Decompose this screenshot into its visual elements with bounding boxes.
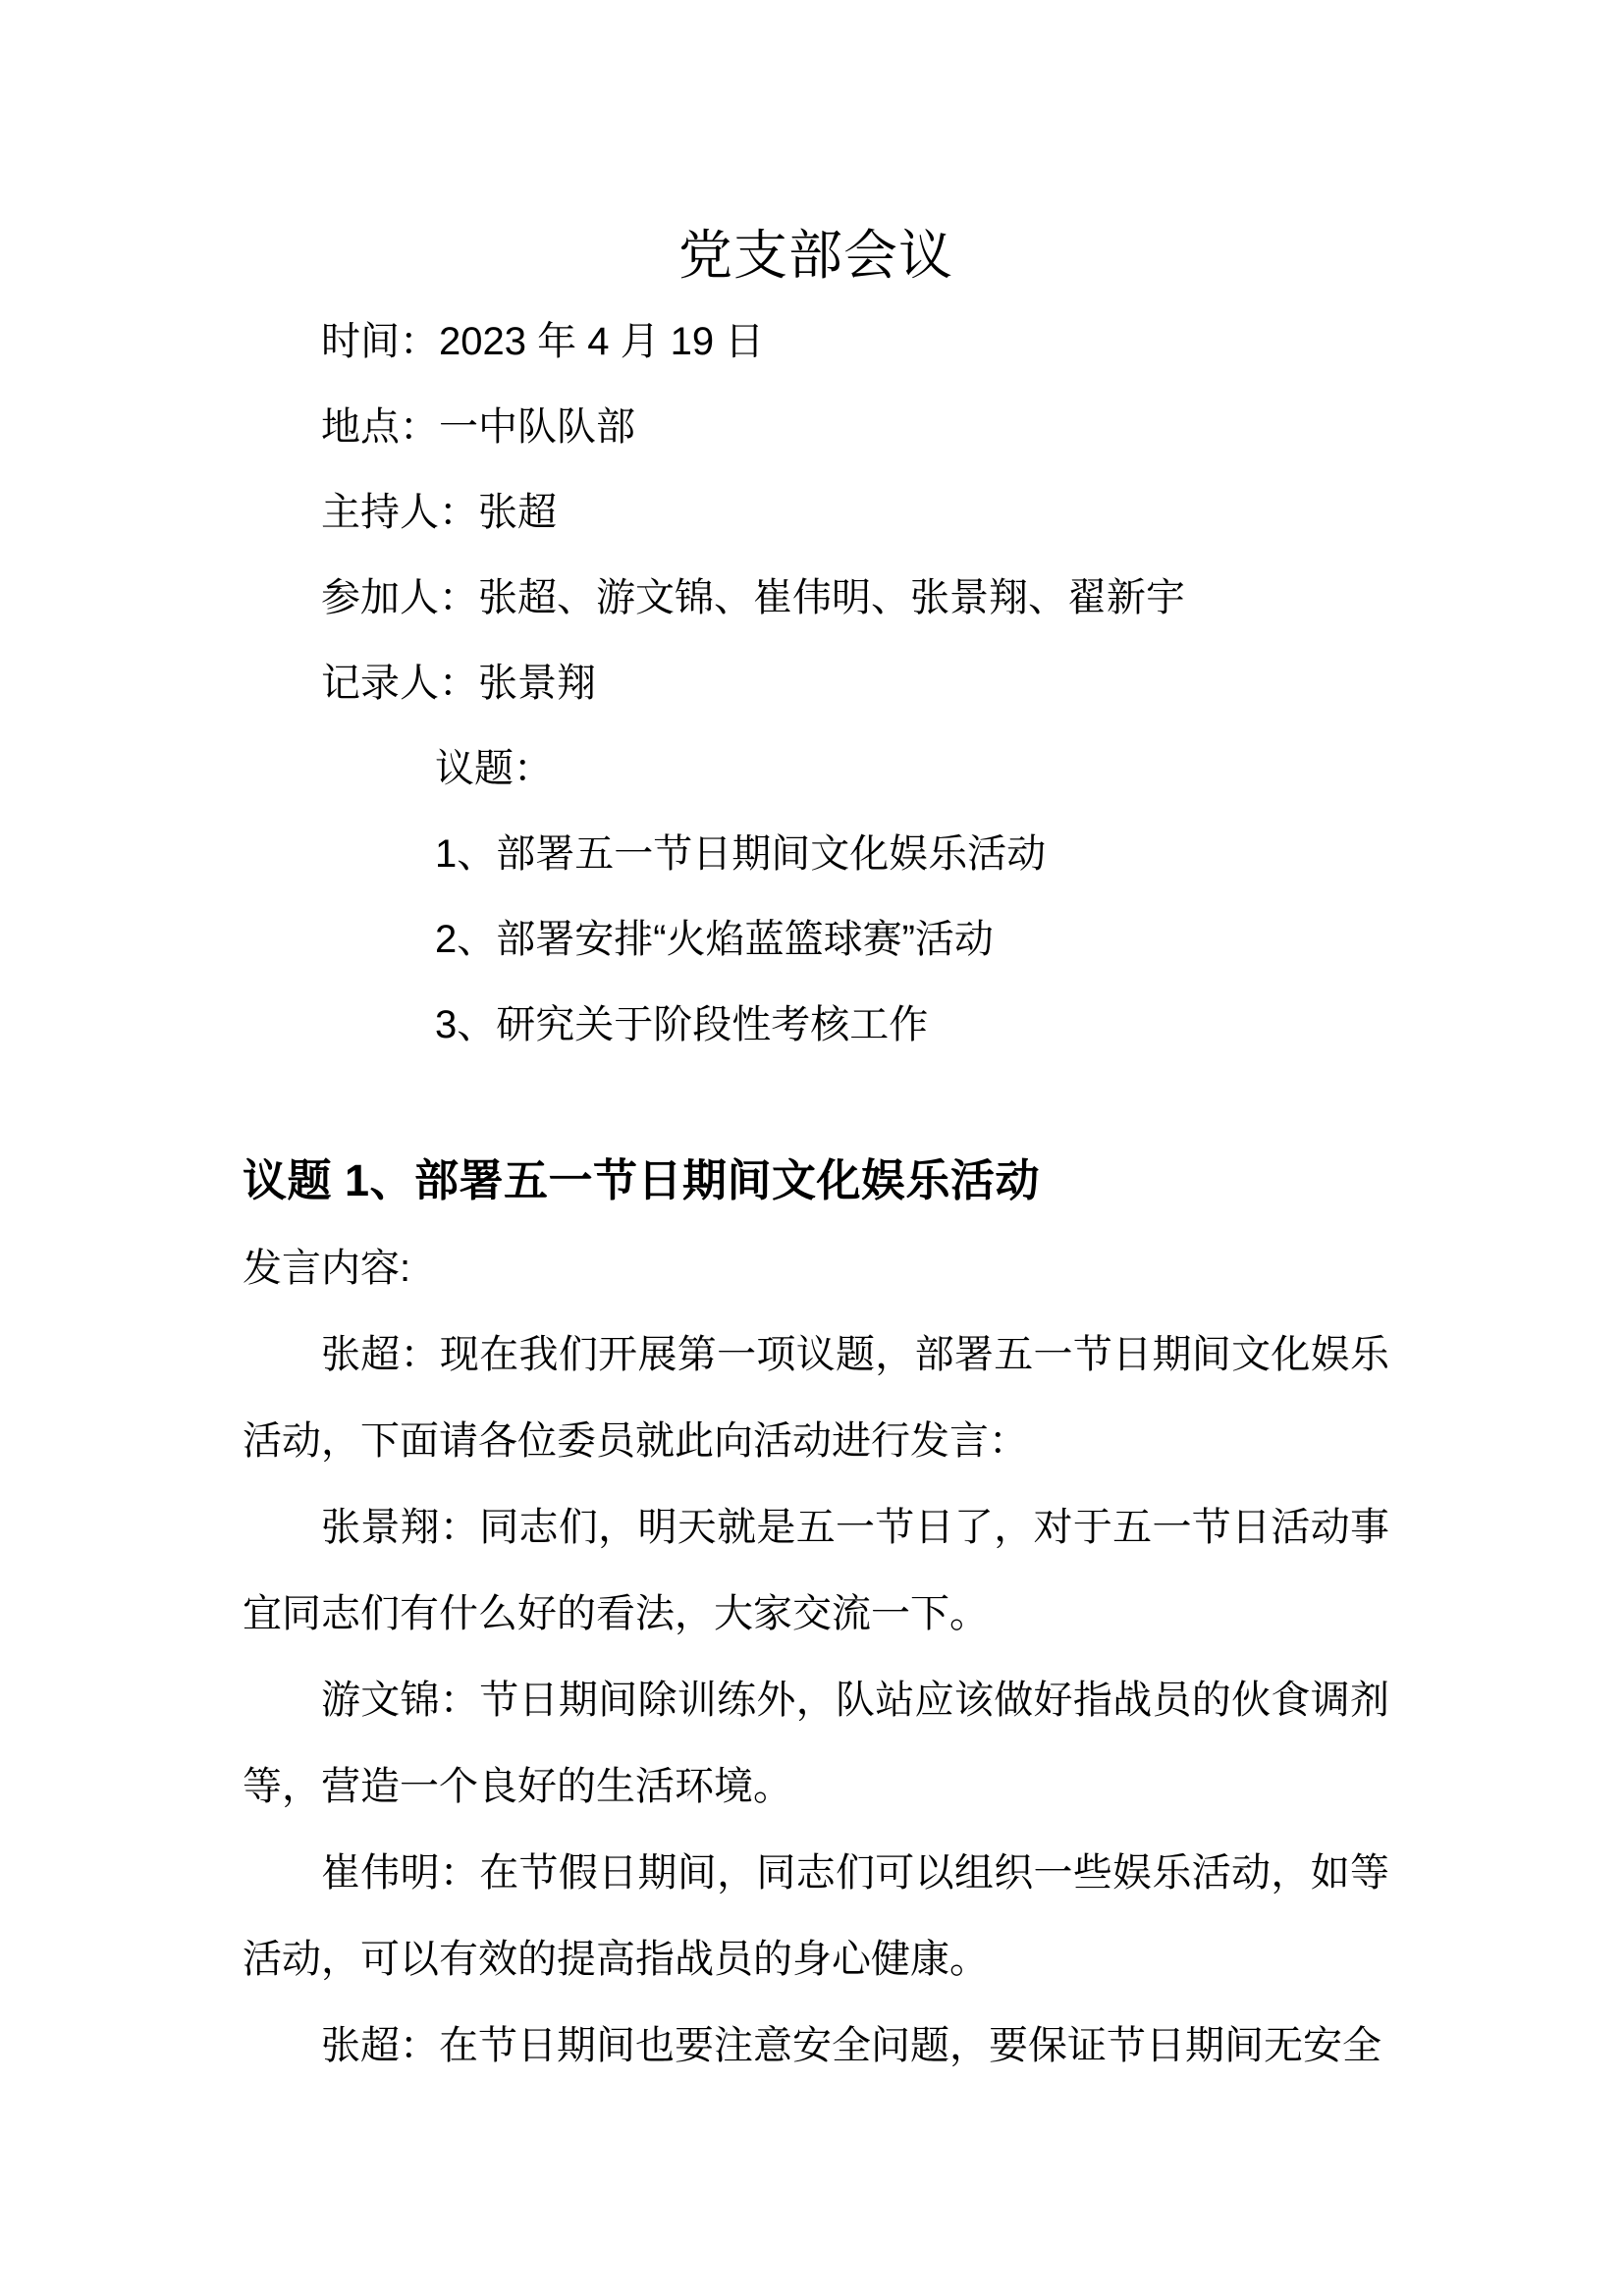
speech-paragraph-cuiweiming: 崔伟明：在节假日期间，同志们可以组织一些娱乐活动，如等活动，可以有效的提高指战员… (243, 1830, 1389, 2002)
meta-section: 时间：2023 年 4 月 19 日 地点：一中队队部 主持人：张超 参加人：张… (243, 299, 1389, 726)
speech-paragraph-youwenjin: 游文锦：节日期间除训练外，队站应该做好指战员的伙食调剂等，营造一个良好的生活环境… (243, 1657, 1389, 1830)
agenda-item-1: 1、部署五一节日期间文化娱乐活动 (243, 812, 1389, 897)
meta-value-location: 一中队队部 (439, 405, 635, 449)
meta-value-host: 张超 (478, 491, 557, 534)
agenda-label: 议题： (243, 726, 1389, 812)
speech-paragraph-zhangchao-1: 张超：现在我们开展第一项议题，部署五一节日期间文化娱乐活动，下面请各位委员就此向… (243, 1311, 1389, 1484)
agenda-item-3: 3、研究关于阶段性考核工作 (243, 983, 1389, 1068)
meta-label-time: 时间： (321, 320, 439, 363)
meta-value-time: 2023 年 4 月 19 日 (439, 320, 764, 363)
speech-content-label: 发言内容: (243, 1225, 1389, 1311)
meta-value-participants: 张超、游文锦、崔伟明、张景翔、翟新宇 (478, 576, 1185, 619)
speeches-section: 张超：现在我们开展第一项议题，部署五一节日期间文化娱乐活动，下面请各位委员就此向… (243, 1311, 1389, 2089)
meta-line-time: 时间：2023 年 4 月 19 日 (243, 299, 1389, 385)
document-content: 党支部会议 时间：2023 年 4 月 19 日 地点：一中队队部 主持人：张超… (243, 0, 1389, 2089)
meta-line-participants: 参加人：张超、游文锦、崔伟明、张景翔、翟新宇 (243, 556, 1389, 641)
document-title: 党支部会议 (243, 211, 1389, 299)
meta-label-recorder: 记录人： (321, 662, 478, 705)
meta-value-recorder: 张景翔 (478, 662, 596, 705)
meta-line-recorder: 记录人：张景翔 (243, 641, 1389, 726)
speech-paragraph-zhangjingxiang: 张景翔：同志们，明天就是五一节日了，对于五一节日活动事宜同志们有什么好的看法，大… (243, 1484, 1389, 1657)
meta-label-location: 地点： (321, 405, 439, 449)
speech-paragraph-zhangchao-2: 张超：在节日期间也要注意安全问题，要保证节日期间无安全 (243, 2002, 1389, 2089)
meta-label-participants: 参加人： (321, 576, 478, 619)
meta-label-host: 主持人： (321, 491, 478, 534)
agenda-section: 议题： 1、部署五一节日期间文化娱乐活动 2、部署安排“火焰蓝篮球赛”活动 3、… (243, 726, 1389, 1068)
meta-line-location: 地点：一中队队部 (243, 385, 1389, 470)
document-page: 党支部会议 时间：2023 年 4 月 19 日 地点：一中队队部 主持人：张超… (0, 0, 1624, 2296)
topic1-heading: 议题 1、部署五一节日期间文化娱乐活动 (243, 1137, 1389, 1225)
meta-line-host: 主持人：张超 (243, 470, 1389, 556)
agenda-item-2: 2、部署安排“火焰蓝篮球赛”活动 (243, 897, 1389, 983)
